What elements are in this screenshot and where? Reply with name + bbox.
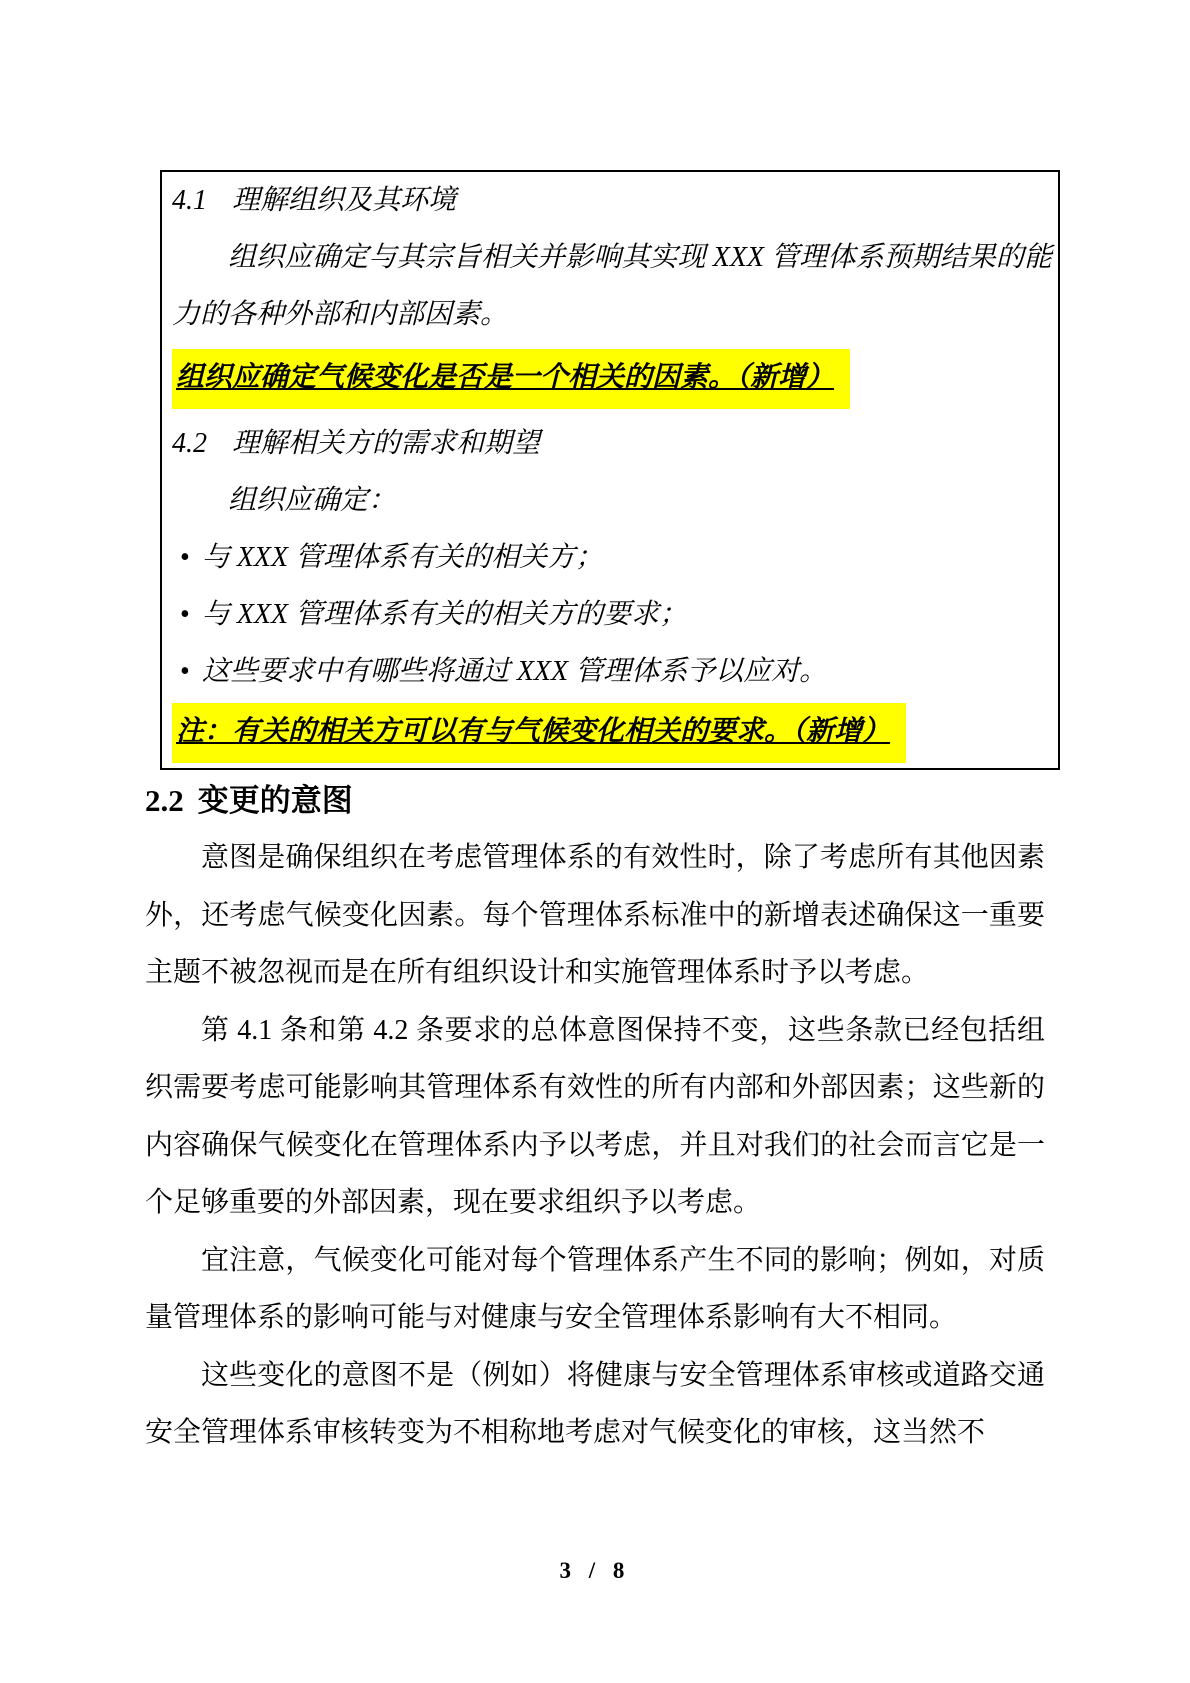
clause-4-1-number: 4.1 [172,172,232,229]
clause-4-2-title: 理解相关方的需求和期望 [232,428,540,459]
body-paragraph-1: 意图是确保组织在考虑管理体系的有效性时，除了考虑所有其他因素外，还考虑气候变化因… [145,829,1045,1002]
section-2-2-block: 2.2变更的意图 意图是确保组织在考虑管理体系的有效性时，除了考虑所有其他因素外… [145,772,1045,1462]
bullet-icon: • [180,586,190,643]
bullet-item-related-parties: •与 XXX 管理体系有关的相关方； [172,529,1052,586]
clause-4-2-number: 4.2 [172,415,232,472]
highlighted-addition-note: 注：有关的相关方可以有与气候变化相关的要求。（新增） [172,703,906,763]
body-paragraph-2: 第 4.1 条和第 4.2 条要求的总体意图保持不变，这些条款已经包括组织需要考… [145,1002,1045,1232]
document-page: 4.1理解组织及其环境 组织应确定与其宗旨相关并影响其实现 XXX 管理体系预期… [0,0,1190,1683]
highlight-row-note: 注：有关的相关方可以有与气候变化相关的要求。（新增） [172,703,1052,763]
bullet-text: 这些要求中有哪些将通过 XXX 管理体系予以应对。 [202,656,827,687]
clause-4-1-body: 组织应确定与其宗旨相关并影响其实现 XXX 管理体系预期结果的能力的各种外部和内… [172,229,1052,343]
highlight-row-4-1: 组织应确定气候变化是否是一个相关的因素。（新增） [172,349,1052,409]
body-paragraph-4: 这些变化的意图不是（例如）将健康与安全管理体系审核或道路交通安全管理体系审核转变… [145,1347,1045,1462]
section-2-2-heading: 2.2变更的意图 [145,772,1045,829]
section-title: 变更的意图 [198,783,353,818]
clause-4-2-intro: 组织应确定： [172,472,1052,529]
page-footer: 3 / 8 [0,1558,1190,1584]
standard-clause-quote-box: 4.1理解组织及其环境 组织应确定与其宗旨相关并影响其实现 XXX 管理体系预期… [160,170,1060,770]
bullet-text: 与 XXX 管理体系有关的相关方； [202,542,603,573]
highlighted-addition-4-1: 组织应确定气候变化是否是一个相关的因素。（新增） [172,349,850,409]
body-paragraph-3: 宜注意，气候变化可能对每个管理体系产生不同的影响；例如，对质量管理体系的影响可能… [145,1232,1045,1347]
bullet-item-party-requirements: •与 XXX 管理体系有关的相关方的要求； [172,586,1052,643]
clause-4-1-title: 理解组织及其环境 [232,185,456,216]
bullet-icon: • [180,529,190,586]
section-number: 2.2 [145,783,184,818]
bullet-text: 与 XXX 管理体系有关的相关方的要求； [202,599,687,630]
clause-4-2-heading: 4.2理解相关方的需求和期望 [172,415,1052,472]
bullet-icon: • [180,643,190,700]
clause-4-1-heading: 4.1理解组织及其环境 [172,172,1052,229]
page-number: 3 / 8 [560,1558,631,1583]
bullet-item-addressed-requirements: •这些要求中有哪些将通过 XXX 管理体系予以应对。 [172,643,1052,700]
